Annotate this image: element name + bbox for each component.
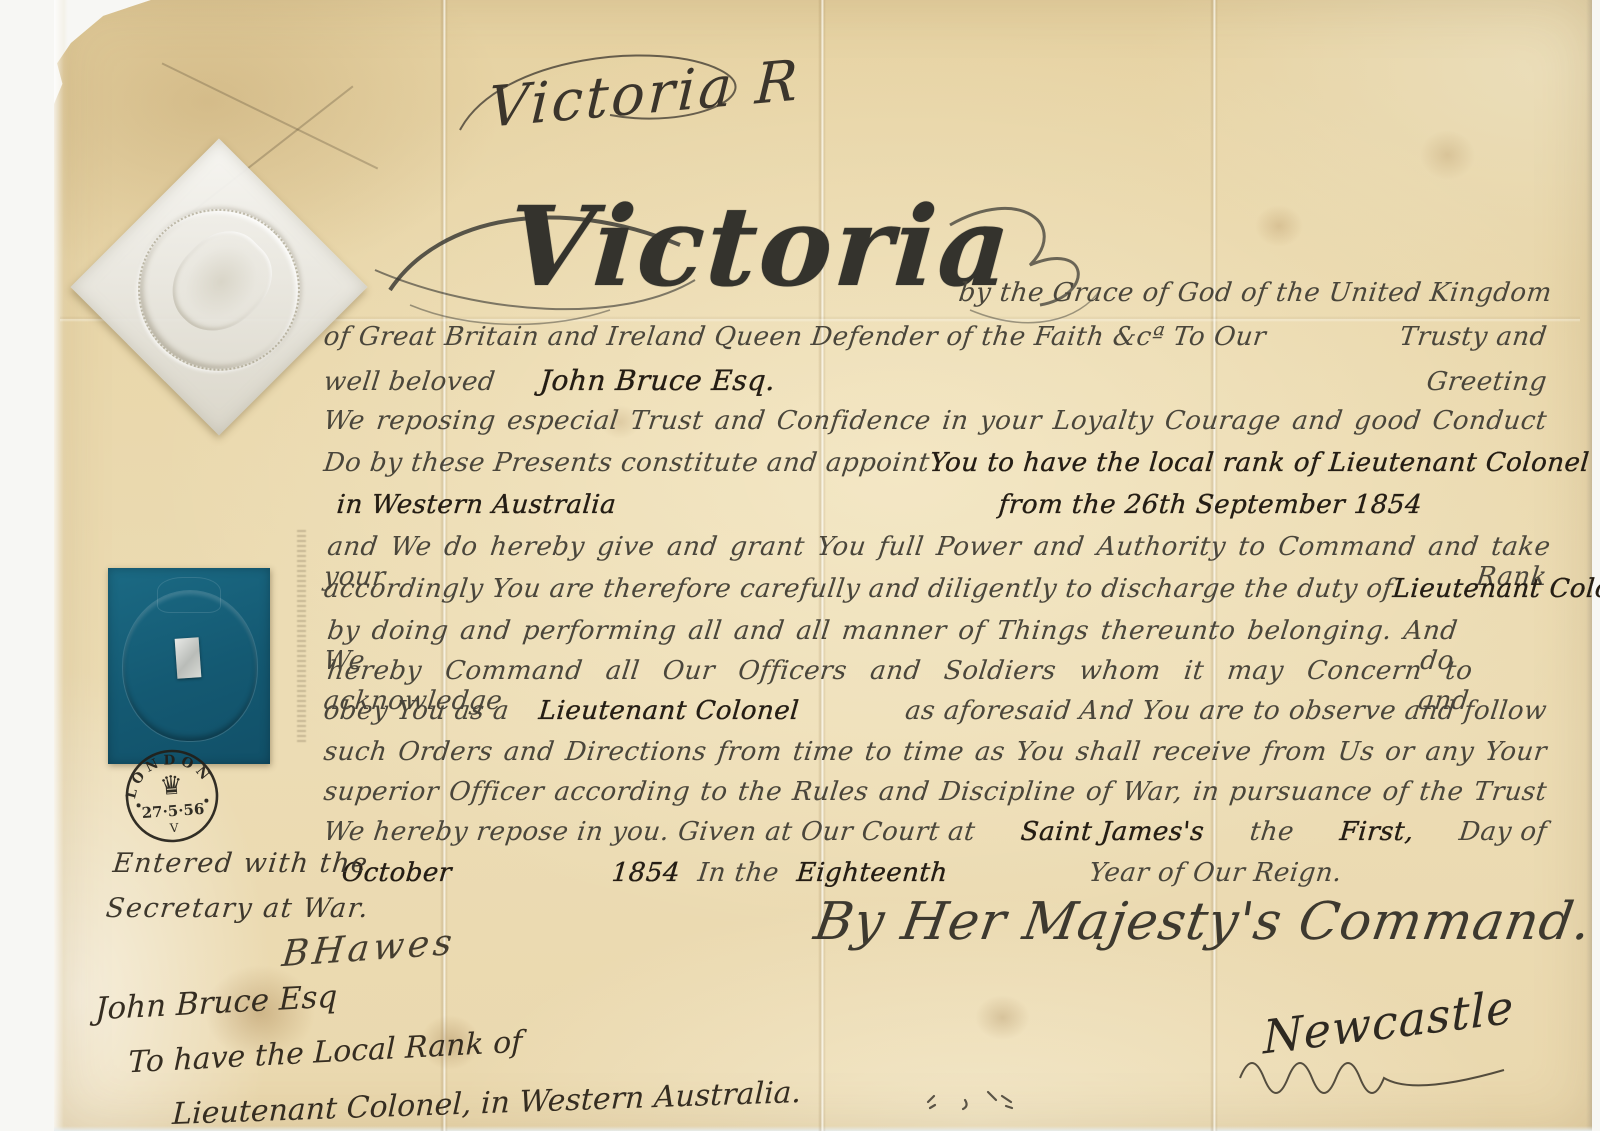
stamp-bottom-mark: V <box>168 821 179 836</box>
line11-printed2: as aforesaid And You are to observe and … <box>904 696 1549 726</box>
line11-printed1: obey You as a <box>322 696 511 726</box>
by-command-line: By Her Majesty's Command. <box>810 892 1470 952</box>
line14-printed3: Day of <box>1457 817 1548 847</box>
stamp-date: 27·5·56 <box>141 800 205 822</box>
line6-location: in Western Australia <box>336 490 618 520</box>
body-line-6: in Western Australia from the 26th Septe… <box>335 490 1424 520</box>
line2-printed: of Great Britain and Ireland Queen Defen… <box>322 322 1268 352</box>
engraver-imprint-vertical <box>297 528 306 742</box>
line14-printed1: We hereby repose in you. Given at Our Co… <box>322 817 977 847</box>
paper-left-edge <box>54 0 68 1131</box>
line8-printed: accordingly You are therefore carefully … <box>322 574 1395 604</box>
scanned-commission-document: Victoria R Victoria by the Grace of God … <box>0 0 1600 1131</box>
body-line-13: superior Officer according to the Rules … <box>322 777 1549 807</box>
line14-day: First, <box>1338 817 1414 847</box>
line5-rank: You to have the local rank of Lieutenant… <box>928 448 1590 478</box>
crown-icon: ♛ <box>159 770 184 802</box>
line8-rank: Lieutenant Colonel. <box>1391 574 1600 604</box>
line6-date: from the 26th September 1854 <box>997 490 1423 520</box>
body-line-11: obey You as a Lieutenant Colonel as afor… <box>322 696 1549 726</box>
line3-printed: well beloved <box>322 367 497 397</box>
body-line-4: We reposing especial Trust and Confidenc… <box>322 406 1549 436</box>
line15-printed1: In the <box>696 858 781 888</box>
body-line-12: such Orders and Directions from time to … <box>322 737 1549 767</box>
line3-right: Greeting <box>1425 367 1549 397</box>
blue-seal-silver-foil <box>175 637 202 679</box>
body-line-8: accordingly You are therefore carefully … <box>322 574 1549 604</box>
line14-printed2: the <box>1248 817 1296 847</box>
line2-right: Trusty and <box>1398 322 1549 352</box>
line15-year: 1854 <box>610 858 681 888</box>
line15-right: Year of Our Reign. <box>1087 858 1343 888</box>
body-line-15: October 1854 In the Eighteenth Year of O… <box>340 858 1344 888</box>
body-line-2: of Great Britain and Ireland Queen Defen… <box>322 322 1549 352</box>
london-date-stamp: LONDON ♛ 27·5·56 V <box>121 745 223 847</box>
entered-note-line1: Entered with the <box>111 848 370 879</box>
paper-right-edge <box>1586 0 1592 1131</box>
line3-grantee-name: John Bruce Esq. <box>539 364 777 397</box>
body-line-5: Do by these Presents constitute and appo… <box>322 448 1549 478</box>
line15-regnal: Eighteenth <box>796 858 949 888</box>
body-line-1: by the Grace of God of the United Kingdo… <box>957 278 1546 308</box>
line5-printed: Do by these Presents constitute and appo… <box>322 448 931 478</box>
line14-court: Saint James's <box>1020 817 1206 847</box>
body-line-14: We hereby repose in you. Given at Our Co… <box>322 817 1549 847</box>
entered-note-line2: Secretary at War. <box>104 893 370 924</box>
line11-rank: Lieutenant Colonel <box>538 696 801 726</box>
blue-wafer-seal <box>108 568 270 764</box>
body-line-3: well beloved John Bruce Esq. Greeting <box>322 364 1549 397</box>
